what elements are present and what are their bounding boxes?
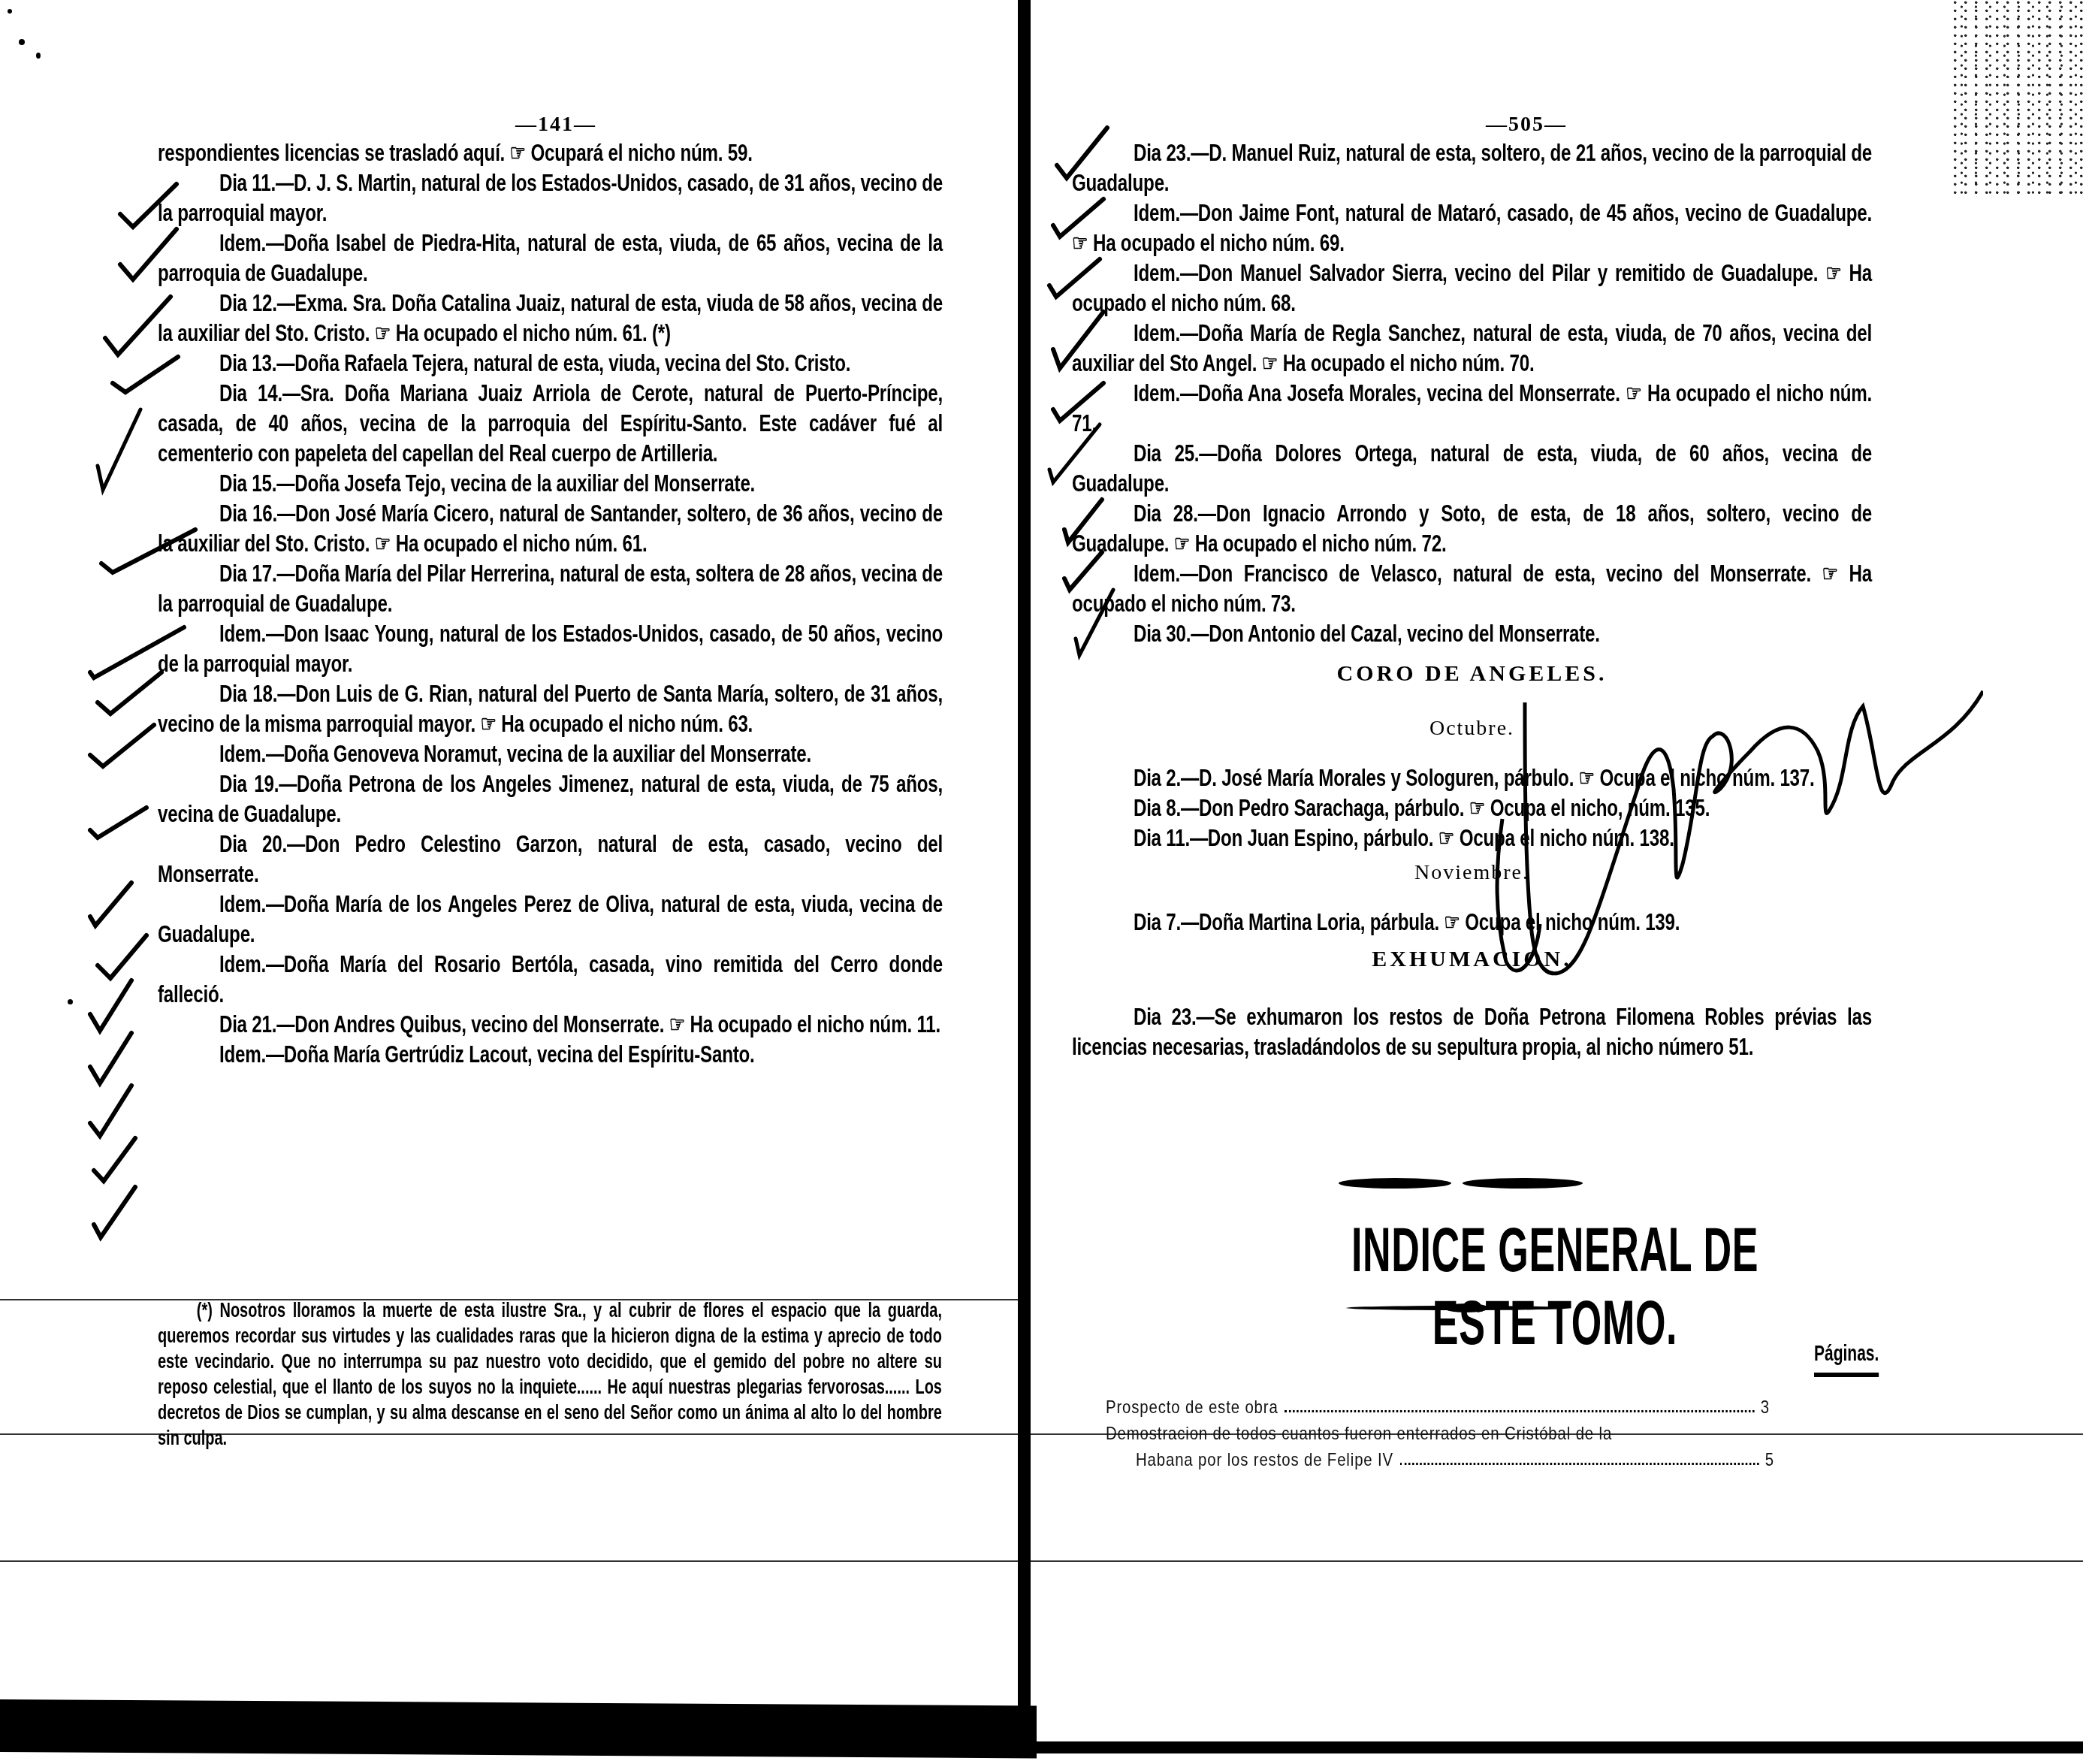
entry: Dia 19.—Doña Petrona de los Angeles Jime… xyxy=(158,769,943,829)
entry: Dia 23.—Se exhumaron los restos de Doña … xyxy=(1072,1002,1872,1062)
checkmark-icon xyxy=(1072,586,1117,661)
scan-speck xyxy=(19,39,25,45)
entry: Idem.—Don Isaac Young, natural de los Es… xyxy=(158,619,943,679)
entry: Dia 14.—Sra. Doña Mariana Juaiz Arriola … xyxy=(158,379,943,469)
left-page: —141— respondientes licencias se traslad… xyxy=(0,0,1018,1764)
entry: Idem.—Don Manuel Salvador Sierra, vecino… xyxy=(1072,258,1872,319)
ornament-divider xyxy=(1339,1178,1451,1189)
entry: Dia 30.—Don Antonio del Cazal, vecino de… xyxy=(1072,619,1872,649)
entry: Idem.—Don Francisco de Velasco, natural … xyxy=(1072,559,1872,619)
leader-dots xyxy=(1285,1397,1754,1412)
entry: Dia 11.—D. J. S. Martin, natural de los … xyxy=(158,168,943,228)
footnote-text: (*) Nosotros lloramos la muerte de esta … xyxy=(158,1297,942,1451)
checkmark-icon xyxy=(1049,308,1109,376)
entry: Idem.—Doña María del Rosario Bertóla, ca… xyxy=(158,950,943,1010)
checkmark-icon xyxy=(90,1183,143,1243)
checkmark-icon xyxy=(90,1134,143,1187)
checkmark-icon xyxy=(86,1082,139,1142)
checkmark-icon xyxy=(86,977,139,1037)
entry: Dia 16.—Don José María Cicero, natural d… xyxy=(158,499,943,559)
index-row: Habana por los restos de Felipe IV 5 xyxy=(1136,1450,1774,1471)
page-number: —505— xyxy=(1451,113,1601,137)
right-entries: Dia 23.—D. Manuel Ruiz, natural de esta,… xyxy=(1072,138,1872,649)
entry: Idem.—Doña Isabel de Piedra-Hita, natura… xyxy=(158,228,943,288)
scan-speck xyxy=(36,53,41,59)
entry: Idem.—Doña María de Regla Sanchez, natur… xyxy=(1072,319,1872,379)
entry: Idem.—Doña Genoveva Noramut, vecina de l… xyxy=(158,739,943,769)
checkmark-icon xyxy=(94,669,169,721)
entry: Dia 18.—Don Luis de G. Rian, natural del… xyxy=(158,679,943,739)
page-number: —141— xyxy=(466,113,646,137)
checkmark-icon xyxy=(1046,255,1106,301)
checkmark-icon xyxy=(86,721,162,774)
entry: Idem.—Doña María Gertrúdiz Lacout, vecin… xyxy=(158,1040,943,1070)
entry: Idem.—Don Jaime Font, natural de Mataró,… xyxy=(1072,198,1872,258)
entry: Dia 12.—Exma. Sra. Doña Catalina Juaiz, … xyxy=(158,288,943,349)
entry: Idem.—Doña Ana Josefa Morales, vecina de… xyxy=(1072,379,1872,439)
entry: respondientes licencias se trasladó aquí… xyxy=(158,138,943,168)
ornament-divider xyxy=(1463,1178,1583,1189)
checkmark-icon xyxy=(1049,379,1109,424)
entry: Dia 23.—D. Manuel Ruiz, natural de esta,… xyxy=(1072,138,1872,198)
index-label: Demostracion de todos cuantos fueron ent… xyxy=(1106,1424,1612,1445)
checkmark-icon xyxy=(116,225,184,285)
index-page: 3 xyxy=(1761,1397,1770,1418)
checkmark-icon xyxy=(86,804,154,841)
checkmark-icon xyxy=(1049,195,1109,240)
entry: Dia 21.—Don Andres Quibus, vecino del Mo… xyxy=(158,1010,943,1040)
entry: Dia 13.—Doña Rafaela Tejera, natural de … xyxy=(158,349,943,379)
checkmark-icon xyxy=(1053,124,1113,184)
index-title: INDICE GENERAL DE ESTE TOMO. xyxy=(1345,1213,1765,1359)
index-label: Prospecto de este obra xyxy=(1106,1397,1278,1418)
checkmark-icon xyxy=(1046,421,1106,488)
signature-scribble xyxy=(1412,676,1983,992)
index-row: Prospecto de este obra 3 xyxy=(1106,1397,1770,1418)
checkmark-icon xyxy=(86,879,139,932)
left-entries: respondientes licencias se trasladó aquí… xyxy=(158,138,943,1070)
leader-dots xyxy=(1400,1450,1759,1465)
checkmark-icon xyxy=(1061,496,1106,548)
scan-speck xyxy=(68,999,73,1004)
entry: Dia 25.—Doña Dolores Ortega, natural de … xyxy=(1072,439,1872,499)
index-column-header: Páginas. xyxy=(1814,1341,1879,1377)
checkmark-icon xyxy=(109,353,184,398)
scan-speck xyxy=(8,9,12,14)
book-gutter xyxy=(1018,0,1031,1750)
footnote: (*) Nosotros lloramos la muerte de esta … xyxy=(158,1277,943,1471)
index-row: Demostracion de todos cuantos fueron ent… xyxy=(1106,1424,1770,1445)
checkmark-icon xyxy=(94,406,146,496)
entry: Idem.—Doña María de los Angeles Perez de… xyxy=(158,890,943,950)
checkmark-icon xyxy=(86,1029,139,1089)
entry: Dia 15.—Doña Josefa Tejo, vecina de la a… xyxy=(158,469,943,499)
entry: Dia 28.—Don Ignacio Arrondo y Soto, de e… xyxy=(1072,499,1872,559)
index-label: Habana por los restos de Felipe IV xyxy=(1136,1450,1393,1471)
checkmark-icon xyxy=(101,293,177,361)
index-page: 5 xyxy=(1765,1450,1774,1471)
checkmark-icon xyxy=(98,526,203,578)
entry: Dia 20.—Don Pedro Celestino Garzon, natu… xyxy=(158,829,943,890)
entry: Dia 17.—Doña María del Pilar Herrerina, … xyxy=(158,559,943,619)
